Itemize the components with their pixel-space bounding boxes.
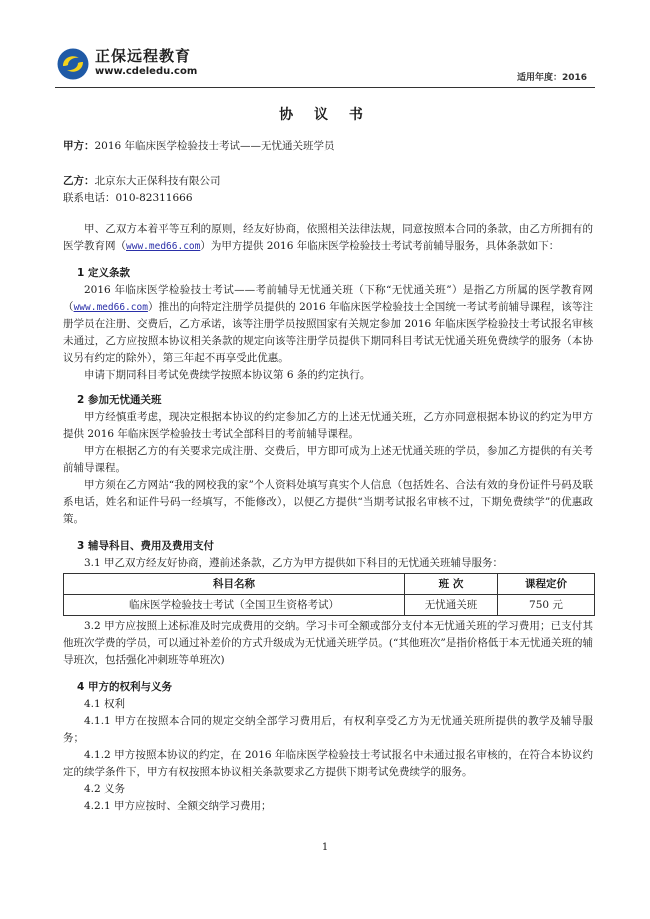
med66-link[interactable]: www.med66.com: [74, 302, 148, 313]
price-cell: 750 元: [498, 595, 595, 616]
col-subject: 科目名称: [64, 574, 405, 595]
party-a-label: 甲方：: [63, 140, 95, 152]
section-1-paragraph-2: 申请下期同科目考试免费续学按照本协议第 6 条的约定执行。: [63, 367, 593, 384]
fee-table-header: 科目名称 班 次 课程定价: [64, 574, 595, 595]
section-3-heading: 3 辅导科目、费用及费用支付: [77, 538, 593, 555]
section-2-paragraph-2: 甲方在根据乙方的有关要求完成注册、交费后，甲方即可成为上述无忧通关班的学员，参加…: [63, 443, 593, 477]
section-2-heading: 2 参加无忧通关班: [77, 392, 593, 409]
phone-value: 010-82311666: [116, 192, 193, 204]
document-header: 正保远程教育 www.cdeledu.com 适用年度：2016: [55, 44, 595, 84]
section-4-heading: 4 甲方的权利与义务: [77, 679, 593, 696]
intro-paragraph: 甲、乙双方本着平等互利的原则，经友好协商，依照相关法律法规，同意按照本合同的条款…: [63, 221, 593, 255]
applicable-year: 适用年度：2016: [517, 70, 587, 83]
clause-4-1: 4.1 权利: [63, 696, 593, 713]
party-b-value: 北京东大正保科技有限公司: [95, 175, 221, 187]
party-a: 甲方：2016 年临床医学检验技士考试——无忧通关班学员: [63, 138, 593, 155]
med66-link[interactable]: www.med66.com: [126, 241, 200, 252]
clause-3-2: 3.2 甲方应按照上述标准及时完成费用的交纳。学习卡可全额或部分支付本无忧通关班…: [63, 618, 593, 669]
cdeledu-logo-icon: [57, 48, 89, 80]
class-cell: 无忧通关班: [405, 595, 498, 616]
brand: 正保远程教育 www.cdeledu.com: [95, 48, 197, 78]
clause-4-2-1: 4.2.1 甲方应按时、全额交纳学习费用；: [63, 798, 593, 815]
document-title: 协 议 书: [0, 104, 650, 124]
table-row: 临床医学检验技士考试（全国卫生资格考试） 无忧通关班 750 元: [64, 595, 595, 616]
header-divider: [55, 87, 595, 88]
party-b-label: 乙方：: [63, 175, 95, 187]
section-2-paragraph-1: 甲方经慎重考虑，现决定根据本协议的约定参加乙方的上述无忧通关班，乙方亦同意根据本…: [63, 409, 593, 443]
brand-url: www.cdeledu.com: [95, 65, 197, 78]
brand-name: 正保远程教育: [95, 48, 197, 65]
clause-4-1-2: 4.1.2 甲方按照本协议的约定，在 2016 年临床医学检验技士考试报名中未通…: [63, 747, 593, 781]
document-body: 甲方：2016 年临床医学检验技士考试——无忧通关班学员 乙方：北京东大正保科技…: [63, 138, 593, 815]
party-b: 乙方：北京东大正保科技有限公司: [63, 173, 593, 190]
col-price: 课程定价: [498, 574, 595, 595]
section-1-paragraph: 2016 年临床医学检验技士考试——考前辅导无忧通关班（下称“无忧通关班”）是指…: [63, 282, 593, 367]
page-number: 1: [0, 842, 650, 853]
phone-label: 联系电话：: [63, 192, 116, 204]
clause-4-2: 4.2 义务: [63, 781, 593, 798]
subject-cell: 临床医学检验技士考试（全国卫生资格考试）: [64, 595, 405, 616]
section-2-paragraph-3: 甲方须在乙方网站“我的网校我的家”个人资料处填写真实个人信息（包括姓名、合法有效…: [63, 477, 593, 528]
section-1-heading: 1 定义条款: [77, 265, 593, 282]
clause-4-1-1: 4.1.1 甲方在按照本合同的规定交纳全部学习费用后，有权利享受乙方为无忧通关班…: [63, 713, 593, 747]
intro-text-cont: ）为甲方提供 2016 年临床医学检验技士考试考前辅导服务，具体条款如下：: [200, 240, 559, 252]
phone: 联系电话：010-82311666: [63, 190, 593, 207]
fee-table: 科目名称 班 次 课程定价 临床医学检验技士考试（全国卫生资格考试） 无忧通关班…: [63, 573, 595, 616]
party-a-value: 2016 年临床医学检验技士考试——无忧通关班学员: [95, 140, 335, 152]
col-class: 班 次: [405, 574, 498, 595]
clause-3-1: 3.1 甲乙双方经友好协商，遵前述条款，乙方为甲方提供如下科目的无忧通关班辅导服…: [63, 555, 593, 572]
